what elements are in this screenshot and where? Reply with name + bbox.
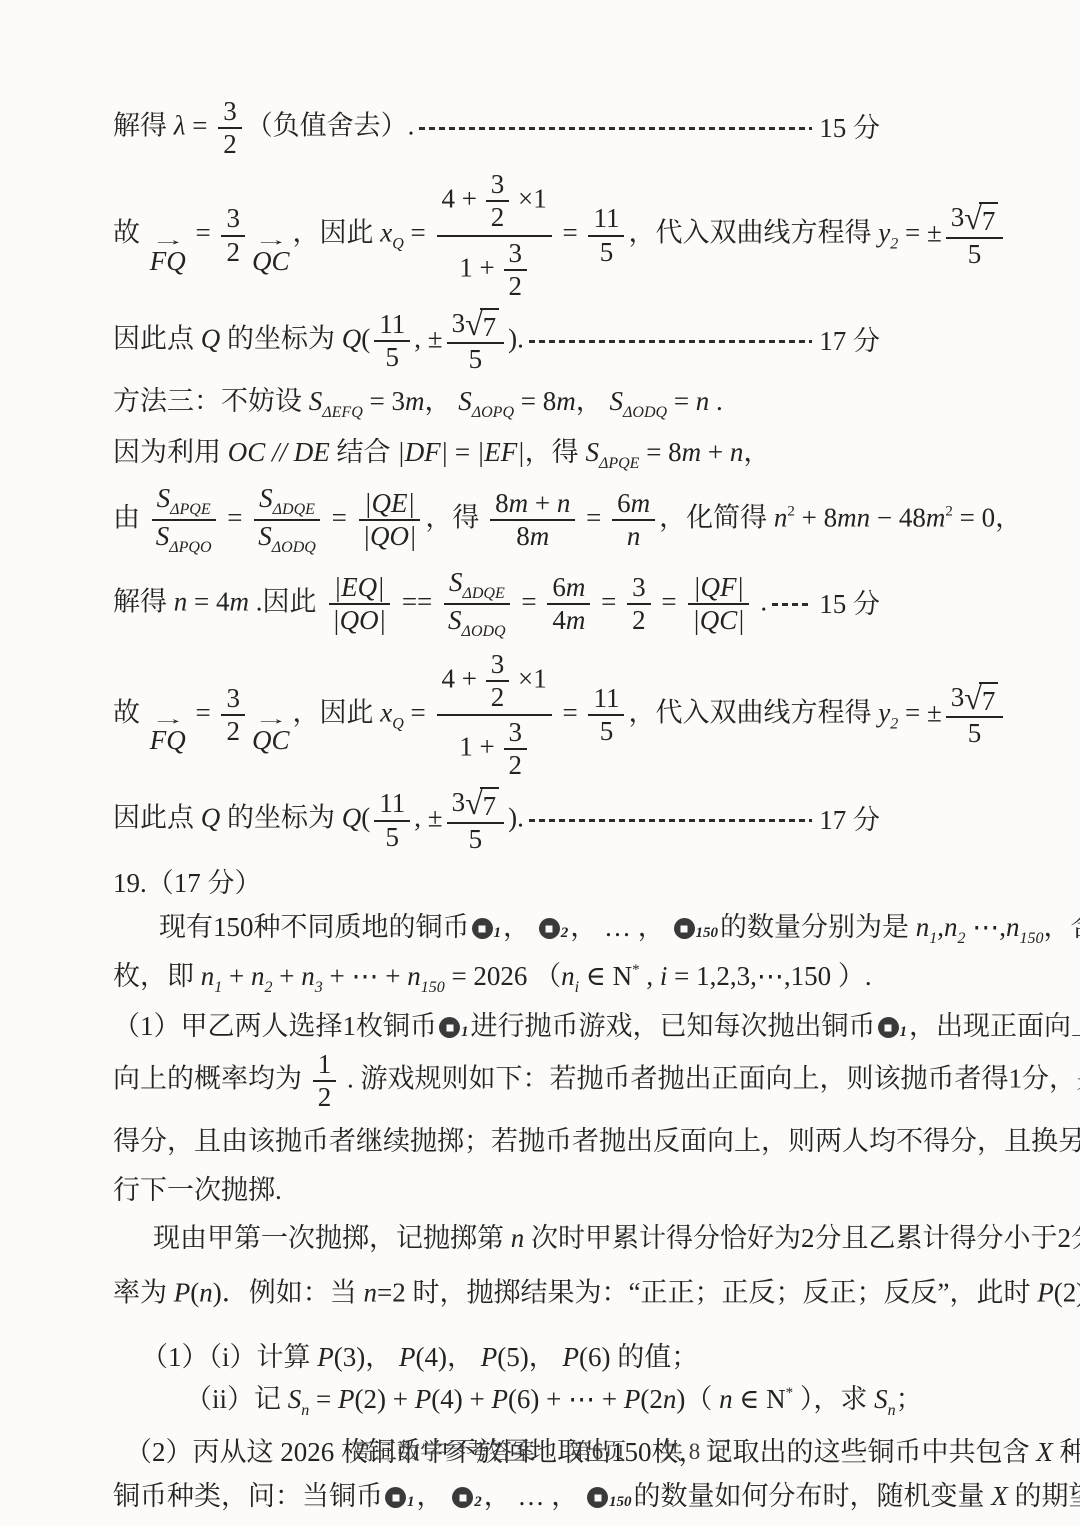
text: 2 <box>223 129 237 159</box>
subscript: ΔEFQ <box>322 404 363 421</box>
text: (6) + ⋯ + <box>508 1384 624 1414</box>
text: + <box>701 437 730 467</box>
text: 因此点 <box>113 803 201 833</box>
numerator: 3 <box>218 96 242 129</box>
vector-name: FQ <box>150 247 186 275</box>
coin: 2 <box>452 1487 482 1508</box>
math-var: n <box>199 1277 213 1307</box>
fraction: 3√75 <box>447 307 505 376</box>
text: ( <box>190 1277 199 1307</box>
numerator: 11 <box>374 788 410 821</box>
text: ∈ N <box>733 1384 786 1414</box>
line-area-ratios: 由 SΔPQESΔPQO = SΔDQESΔODQ = |QE||QO|，得 8… <box>113 483 965 558</box>
denominator: SΔODQ <box>443 605 511 641</box>
coin-hole-icon <box>885 1024 892 1031</box>
text: 故 <box>113 218 147 248</box>
text: 3 <box>951 682 965 712</box>
text: + <box>272 961 301 991</box>
line-pn-example: 率为 P(n)．例如：当 n=2 时，抛掷结果为：“正正；正反；反正；反反”，此… <box>113 1263 965 1327</box>
text: − 48 <box>870 502 926 532</box>
math-var: n <box>557 488 571 518</box>
line-content: 枚，即 n1 + n2 + n3 + ⋯ + n150 = 2026 （ni ∈… <box>113 958 872 999</box>
text: 2 <box>491 202 505 232</box>
fraction: 3√75 <box>946 681 1004 750</box>
math-var: m <box>556 386 576 416</box>
coin-hole-icon <box>459 1494 466 1501</box>
text: 铜币种类，问：当铜币 <box>113 1481 383 1511</box>
text: 4 <box>552 605 566 635</box>
fraction: SΔDQESΔODQ <box>443 567 511 642</box>
text: 8 <box>495 488 509 518</box>
line-fq-xq: 故 →FQ = 32→QC，因此 xQ = 4 + 32 ×11 + 32 = … <box>113 168 965 303</box>
text: ，代入双曲线方程得 <box>628 697 878 727</box>
line-pn-setup: 现由甲第一次抛掷，记抛掷第 n 次时甲累计得分恰好为2分且乙累计得分小于2分的概 <box>113 1220 965 1256</box>
numerator: 3 <box>486 169 510 202</box>
text: .因此 <box>249 587 323 617</box>
score-label: 15 分 <box>819 586 880 622</box>
text: ，因此 <box>293 697 381 727</box>
line-content: 率为 P(n)．例如：当 n=2 时，抛掷结果为：“正正；正反；反正；反反”，此… <box>113 1263 1080 1327</box>
math-var: m <box>229 587 249 617</box>
fraction: |QF||QC| <box>687 572 749 636</box>
text: 方法三：不妨设 <box>113 386 309 416</box>
text: ， … ， <box>570 912 671 942</box>
text: （1）甲乙两人选择1枚铜币 <box>113 1011 437 1041</box>
vector-name: QC <box>252 726 290 754</box>
text: ∈ N <box>579 961 632 991</box>
numerator: 3 <box>221 203 245 236</box>
line-content: 因此点 Q 的坐标为 Q(115, ±3√75). <box>113 307 524 376</box>
math-var: x <box>380 218 392 248</box>
text: 5 <box>386 822 400 852</box>
line-lambda-solution: 解得 λ = 32（负值舍去）.15 分 <box>113 96 965 160</box>
math-var: |QO| <box>363 521 417 551</box>
text: = <box>515 587 544 617</box>
subscript: ΔDQE <box>462 585 504 602</box>
vector-name: FQ <box>150 726 186 754</box>
superscript: 2 <box>787 503 795 519</box>
numerator: 3 <box>221 683 245 716</box>
text: ； <box>896 1384 923 1414</box>
text: ， <box>743 437 770 467</box>
denominator: 2 <box>486 202 510 233</box>
coin-icon <box>472 918 493 939</box>
math-var: n <box>696 386 710 416</box>
text: ），求 <box>793 1384 874 1414</box>
text: = 8 <box>639 437 681 467</box>
numerator: 3 <box>504 717 528 750</box>
text: ⋯, <box>966 912 1007 942</box>
text: , ± <box>414 323 442 353</box>
subscript: ΔPQO <box>169 539 211 556</box>
coin-subscript: 1 <box>900 1022 908 1042</box>
text: 因此点 <box>113 323 201 353</box>
text: 11 <box>379 788 405 818</box>
text: ×1 <box>511 663 546 693</box>
text: + <box>528 488 557 518</box>
line-content: 铜币种类，问：当铜币1， 2， … ， 150的数量如何分布时，随机变量 X 的… <box>113 1478 1080 1514</box>
coin-subscript: 2 <box>474 1492 482 1512</box>
text: 1 + <box>459 252 501 282</box>
fraction: 4 + 32 ×11 + 32 <box>437 648 552 783</box>
vector: →QC <box>252 236 290 275</box>
coin: 150 <box>587 1487 632 1508</box>
text: = <box>404 218 433 248</box>
square-root: √7 <box>964 682 998 715</box>
text: = 0， <box>953 502 1022 532</box>
line-content: 19.（17 分） <box>113 865 262 901</box>
coin-subscript: 1 <box>494 923 502 943</box>
text: 2 <box>318 1082 332 1112</box>
line-q19-header: 19.（17 分） <box>113 865 965 901</box>
text: ，得 <box>525 437 586 467</box>
denominator: 2 <box>504 750 528 781</box>
text: , <box>640 961 660 991</box>
denominator: 1 + 32 <box>454 716 534 782</box>
text: ，出现正面向上和反面 <box>909 1011 1080 1041</box>
math-var: n <box>561 961 575 991</box>
numerator: 1 <box>313 1049 337 1082</box>
numerator: SΔPQE <box>152 483 216 521</box>
text: + <box>222 961 251 991</box>
text: . <box>709 386 723 416</box>
line-content: 解得 λ = 32（负值舍去）. <box>113 96 414 160</box>
text: 15 分 <box>819 113 880 143</box>
denominator: 5 <box>464 824 488 855</box>
fraction: 4 + 32 ×11 + 32 <box>437 168 552 303</box>
numerator: |EQ| <box>329 572 390 605</box>
text: ， <box>417 1481 451 1511</box>
numerator: 11 <box>588 203 624 236</box>
vector-arrow-icon: → <box>253 715 288 726</box>
radicand: 7 <box>480 787 500 820</box>
math-var: m <box>405 386 425 416</box>
text: 3 <box>223 96 237 126</box>
math-var: OC // DE <box>228 437 330 467</box>
text: = <box>325 502 354 532</box>
line-content: 因为利用 OC // DE 结合 |DF| = |EF|，得 SΔPQE = 8… <box>113 434 770 475</box>
line-part1-game: （1）甲乙两人选择1枚铜币1进行抛币游戏，已知每次抛出铜币1，出现正面向上和反面 <box>113 1008 965 1044</box>
subscript: n <box>888 1402 896 1419</box>
line-content: 得分，且由该抛币者继续抛掷；若抛币者抛出反面向上，则两人均不得分，且换另一人进 <box>113 1123 1080 1159</box>
text: = <box>221 502 250 532</box>
math-var: S <box>458 386 472 416</box>
math-var: n <box>730 437 744 467</box>
text: 11 <box>379 309 405 339</box>
math-var: |DF| <box>397 437 448 467</box>
text: 3 <box>452 787 466 817</box>
coin-icon <box>674 918 695 939</box>
text: 的期望 <box>1008 1481 1080 1511</box>
text: , <box>937 912 944 942</box>
coin: 1 <box>472 918 502 939</box>
math-var: |QE| <box>364 488 415 518</box>
dotted-leader <box>529 340 812 343</box>
denominator: 5 <box>963 718 987 749</box>
vector: →FQ <box>150 236 186 275</box>
text: 17 分 <box>819 326 880 356</box>
text: = <box>579 502 608 532</box>
text: 3 <box>226 203 240 233</box>
text: = 8 <box>514 386 556 416</box>
text: (5)， <box>497 1342 562 1372</box>
math-var: y <box>878 218 890 248</box>
math-var: |EF| <box>477 437 525 467</box>
text: (2) + <box>355 1384 415 1414</box>
numerator: 6m <box>547 572 590 605</box>
vector-arrow-icon: → <box>150 236 185 247</box>
text: （ii）记 <box>185 1384 288 1414</box>
text: 率为 <box>113 1277 174 1307</box>
text: 2 <box>226 716 240 746</box>
line-rules-3: 行下一次抛掷. <box>113 1172 965 1208</box>
text: 现由甲第一次抛掷，记抛掷第 <box>153 1223 511 1253</box>
text: (4) + <box>431 1384 491 1414</box>
dotted-leader <box>772 603 812 606</box>
coin-hole-icon <box>392 1494 399 1501</box>
math-var: S <box>156 521 170 551</box>
text: ， <box>503 912 537 942</box>
math-var: S <box>309 386 323 416</box>
text: 行下一次抛掷. <box>113 1175 282 1205</box>
text: 3 <box>226 683 240 713</box>
text: = <box>448 437 477 467</box>
denominator: 5 <box>381 822 405 853</box>
math-var: n <box>201 961 215 991</box>
score-label: 17 分 <box>819 323 880 359</box>
text: 11 <box>593 203 619 233</box>
text: 3 <box>632 572 646 602</box>
subscript: ΔODQ <box>462 623 506 640</box>
superscript: * <box>632 962 640 978</box>
text: (3)， <box>334 1342 399 1372</box>
fraction: |EQ||QO| <box>327 572 391 636</box>
text: 15 分 <box>819 589 880 619</box>
subscript: ΔPQE <box>170 501 211 518</box>
radicand: 7 <box>979 202 999 235</box>
coin-hole-icon <box>546 925 553 932</box>
math-var: n <box>663 1384 677 1414</box>
coin-subscript: 150 <box>609 1492 632 1512</box>
text: = <box>594 587 623 617</box>
fraction: 12 <box>313 1049 337 1113</box>
numerator: SΔDQE <box>444 567 510 605</box>
denominator: 4m <box>547 605 590 636</box>
line-content: 解得 n = 4m .因此 |EQ||QO| == SΔDQESΔODQ = 6… <box>113 567 767 642</box>
radicand: 7 <box>979 682 999 715</box>
line-content: （1）（i）计算 P(3)， P(4)， P(5)， P(6) 的值； <box>141 1339 698 1375</box>
line-content: 现有150种不同质地的铜币1， 2， … ， 150的数量分别为是 n1,n2 … <box>159 909 1080 950</box>
text: （1）（i）计算 <box>141 1342 317 1372</box>
math-var: n <box>364 1277 378 1307</box>
math-var: n <box>301 961 315 991</box>
vector-arrow-icon: → <box>150 715 185 726</box>
text: + 8 <box>795 502 837 532</box>
line-content: 方法三：不妨设 SΔEFQ = 3m， SΔOPQ = 8m， SΔODQ = … <box>113 383 723 424</box>
text: 的坐标为 <box>220 323 342 353</box>
subscript: 150 <box>421 979 445 996</box>
line-content: 故 →FQ = 32→QC，因此 xQ = 4 + 32 ×11 + 32 = … <box>113 648 1007 783</box>
line-content: 由 SΔPQESΔPQO = SΔDQESΔODQ = |QE||QO|，得 8… <box>113 483 1022 558</box>
text: 枚，即 <box>113 961 201 991</box>
math-var: Q <box>201 803 221 833</box>
subscript: ΔODQ <box>623 404 667 421</box>
text: )．例如：当 <box>213 1277 364 1307</box>
math-var: P <box>174 1277 191 1307</box>
math-var: m <box>566 572 586 602</box>
math-var: X <box>991 1481 1008 1511</box>
line-content: 行下一次抛掷. <box>113 1172 282 1208</box>
text: + ⋯ + <box>323 961 407 991</box>
numerator: 3 <box>504 238 528 271</box>
math-var: n <box>174 587 188 617</box>
text: ， <box>576 386 610 416</box>
text: 结合 <box>330 437 398 467</box>
subscript: ΔDQE <box>273 501 315 518</box>
superscript: 2 <box>945 503 953 519</box>
math-var: P <box>338 1384 355 1414</box>
denominator: SΔODQ <box>253 521 321 557</box>
coin-icon <box>439 1017 460 1038</box>
fraction: 32 <box>627 572 651 636</box>
math-var: m <box>631 488 651 518</box>
subscript: Q <box>392 715 404 732</box>
footer-title: 高三数学参考答案 <box>351 1439 535 1464</box>
math-var: mn <box>837 502 870 532</box>
fraction: 115 <box>374 309 410 373</box>
line-method-three: 方法三：不妨设 SΔEFQ = 3m， SΔOPQ = 8m， SΔODQ = … <box>113 383 965 424</box>
denominator: |QC| <box>687 605 749 636</box>
text: == <box>395 587 439 617</box>
coin-icon <box>539 918 560 939</box>
subscript: ΔODQ <box>272 539 316 556</box>
text: )（ <box>676 1384 719 1414</box>
numerator: 11 <box>588 683 624 716</box>
math-var: P <box>481 1342 498 1372</box>
denominator: 5 <box>963 239 987 270</box>
denominator: |QO| <box>327 605 391 636</box>
subscript: Q <box>392 236 404 253</box>
math-var: P <box>624 1384 641 1414</box>
vector-name: QC <box>252 247 290 275</box>
math-var: S <box>258 521 272 551</box>
line-q-coords-2: 因此点 Q 的坐标为 Q(115, ±3√75).17 分 <box>113 786 965 855</box>
denominator: 2 <box>221 716 245 747</box>
subscript: ΔPQE <box>599 455 640 472</box>
math-var: m <box>509 488 529 518</box>
text: ，化简得 <box>659 502 774 532</box>
text: ). <box>508 323 524 353</box>
text: 3 <box>491 649 505 679</box>
numerator: SΔDQE <box>254 483 320 521</box>
text: 的坐标为 <box>220 803 342 833</box>
numerator: 3 <box>627 572 651 605</box>
math-var: x <box>380 697 392 727</box>
text: 5 <box>386 342 400 372</box>
numerator: 3 <box>486 649 510 682</box>
math-var: P <box>1037 1277 1054 1307</box>
fraction: 6mn <box>612 488 655 552</box>
text: = <box>309 1384 338 1414</box>
text: 的数量如何分布时，随机变量 <box>634 1481 992 1511</box>
math-var: S <box>288 1384 302 1414</box>
math-var: S <box>448 605 462 635</box>
fraction: 32 <box>221 683 245 747</box>
text: ， <box>424 386 458 416</box>
numerator: 11 <box>374 309 410 342</box>
text: 3 <box>951 202 965 232</box>
text: 2 <box>509 750 523 780</box>
coin-subscript: 1 <box>461 1022 469 1042</box>
text: 5 <box>968 718 982 748</box>
math-var: P <box>317 1342 334 1372</box>
line-parallel: 因为利用 OC // DE 结合 |DF| = |EF|，得 SΔPQE = 8… <box>113 434 965 475</box>
line-content: （ii）记 Sn = P(2) + P(4) + P(6) + ⋯ + P(2n… <box>185 1381 923 1422</box>
text: ，因此 <box>293 218 381 248</box>
vector: →QC <box>252 715 290 754</box>
text: 解得 <box>113 587 174 617</box>
dotted-leader <box>419 127 812 130</box>
text: 5 <box>469 824 483 854</box>
math-var: n <box>251 961 265 991</box>
fraction: 32 <box>486 169 510 233</box>
text: = 3 <box>363 386 405 416</box>
text: . 游戏规则如下：若抛币者抛出正面向上，则该抛币者得1分，另一人不 <box>340 1063 1080 1093</box>
text: 11 <box>593 683 619 713</box>
fraction: 8m + n8m <box>490 488 575 552</box>
text: 5 <box>469 344 483 374</box>
text: (2 <box>640 1384 663 1414</box>
text: 8 <box>516 521 530 551</box>
text: = <box>404 697 433 727</box>
math-var: m <box>926 502 946 532</box>
coin-subscript: 150 <box>696 923 719 943</box>
coin-icon <box>452 1487 473 1508</box>
math-var: S <box>610 386 624 416</box>
text: 17 分 <box>819 805 880 835</box>
math-var: |EQ| <box>334 572 385 602</box>
vector: →FQ <box>150 715 186 754</box>
radicand: 7 <box>480 308 500 341</box>
text: (2) = <box>1054 1277 1080 1307</box>
subscript: 2 <box>958 930 966 947</box>
denominator: n <box>622 521 646 552</box>
denominator: 5 <box>464 344 488 375</box>
text: = ± <box>898 218 942 248</box>
math-var: y <box>878 697 890 727</box>
text: ). <box>508 803 524 833</box>
coin-subscript: 1 <box>407 1492 415 1512</box>
denominator: 2 <box>627 605 651 636</box>
square-root: √7 <box>465 787 499 820</box>
math-var: S <box>259 483 273 513</box>
math-var: n <box>407 961 421 991</box>
fraction: 3√75 <box>946 201 1004 270</box>
text: 6 <box>552 572 566 602</box>
math-var: P <box>562 1342 579 1372</box>
denominator: 2 <box>486 682 510 713</box>
denominator: 5 <box>595 237 619 268</box>
math-var: Q <box>342 323 362 353</box>
square-root: √7 <box>964 202 998 235</box>
coin-icon <box>878 1017 899 1038</box>
footer-page-number: 第6页 <box>569 1439 627 1464</box>
line-content: 故 →FQ = 32→QC，因此 xQ = 4 + 32 ×11 + 32 = … <box>113 168 1007 303</box>
subscript: 3 <box>315 979 323 996</box>
square-root: √7 <box>465 308 499 341</box>
text: 5 <box>968 239 982 269</box>
text: 得分，且由该抛币者继续抛掷；若抛币者抛出反面向上，则两人均不得分，且换另一人进 <box>113 1126 1080 1156</box>
